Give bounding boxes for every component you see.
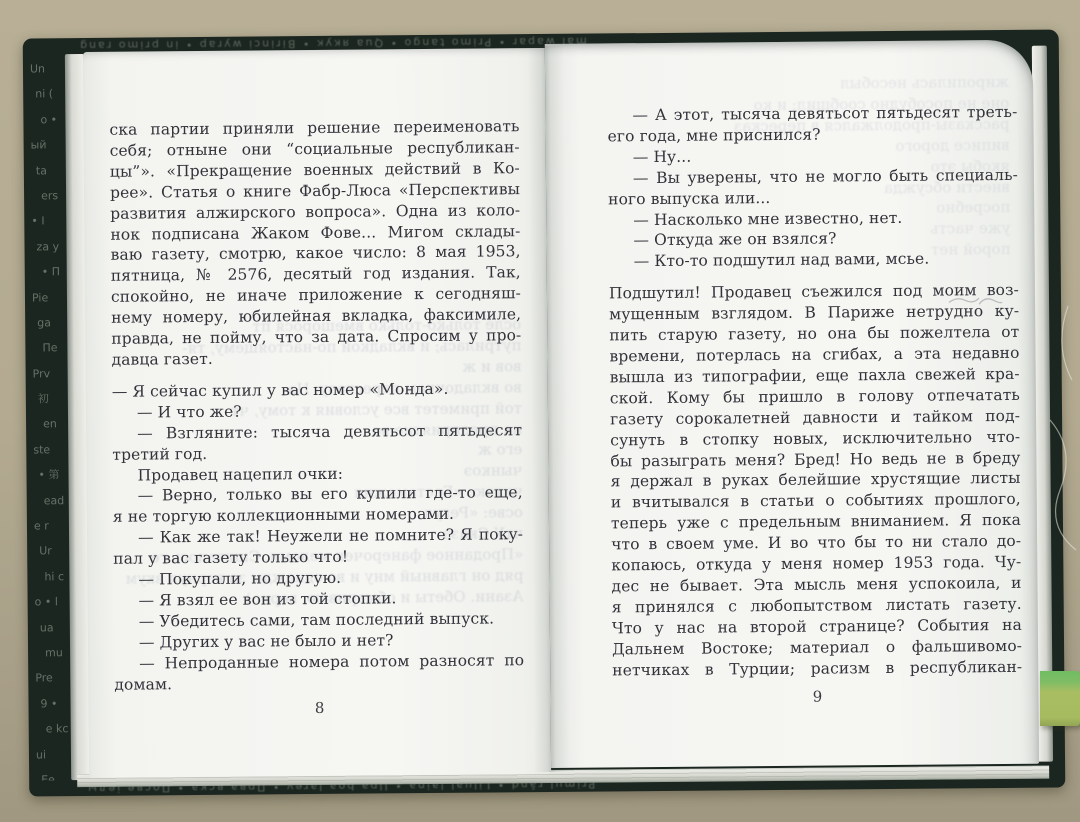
page-line: — Взгляните: тысяча девятьсот пятьдесят (112, 420, 522, 444)
page-line: нетчиках в Турции; расизм в республикан- (612, 656, 1022, 680)
page-line: развития алжирского вопроса». Одна из ко… (110, 200, 520, 224)
page-line: — Убедитесь сами, там последний выпуск. (114, 608, 524, 632)
left-page-text: ска партии приняли решение переименовать… (109, 116, 524, 695)
page-line: — Как же так! Неужели не помните? Я поку… (113, 524, 523, 548)
right-page: жиропилась несобылоне не пособудно сообщ… (545, 40, 1039, 768)
page-line: сунуть в стопку новых, исключительно что… (610, 426, 1020, 450)
page-line: — Вы уверены, что не могло быть специаль… (608, 165, 1018, 189)
book: Unni (o •ыйtaers• Iza y• ПPiegaПеPrv初ens… (23, 29, 1066, 796)
page-line: — Верно, только вы его купили где-то еще… (113, 483, 523, 507)
left-page-number: 8 (114, 697, 524, 719)
page-line: домам. (114, 671, 524, 695)
page-line: правда, не пойму, что за дата. Спросим у… (111, 325, 521, 349)
right-page-text: — А этот, тысяча девятьсот пятьдесят тре… (607, 102, 1022, 681)
right-page-number: 9 (612, 686, 1022, 708)
left-page: осле только-только вмешорося птпутрилась… (83, 48, 551, 778)
bookmark-tab (1040, 671, 1080, 726)
pencil-mark (945, 288, 1005, 313)
ghost-text-line: жиропилась несобыл (609, 72, 1009, 96)
page-line: газету сорокалетней давности и тайком по… (610, 406, 1020, 430)
page-line: Дальнем Востоке; материал о фальшивомо- (612, 635, 1022, 659)
page-line: — А этот, тысяча девятьсот пятьдесят тре… (607, 102, 1017, 126)
page-line: — Непроданные номера потом разносят по (114, 650, 524, 674)
